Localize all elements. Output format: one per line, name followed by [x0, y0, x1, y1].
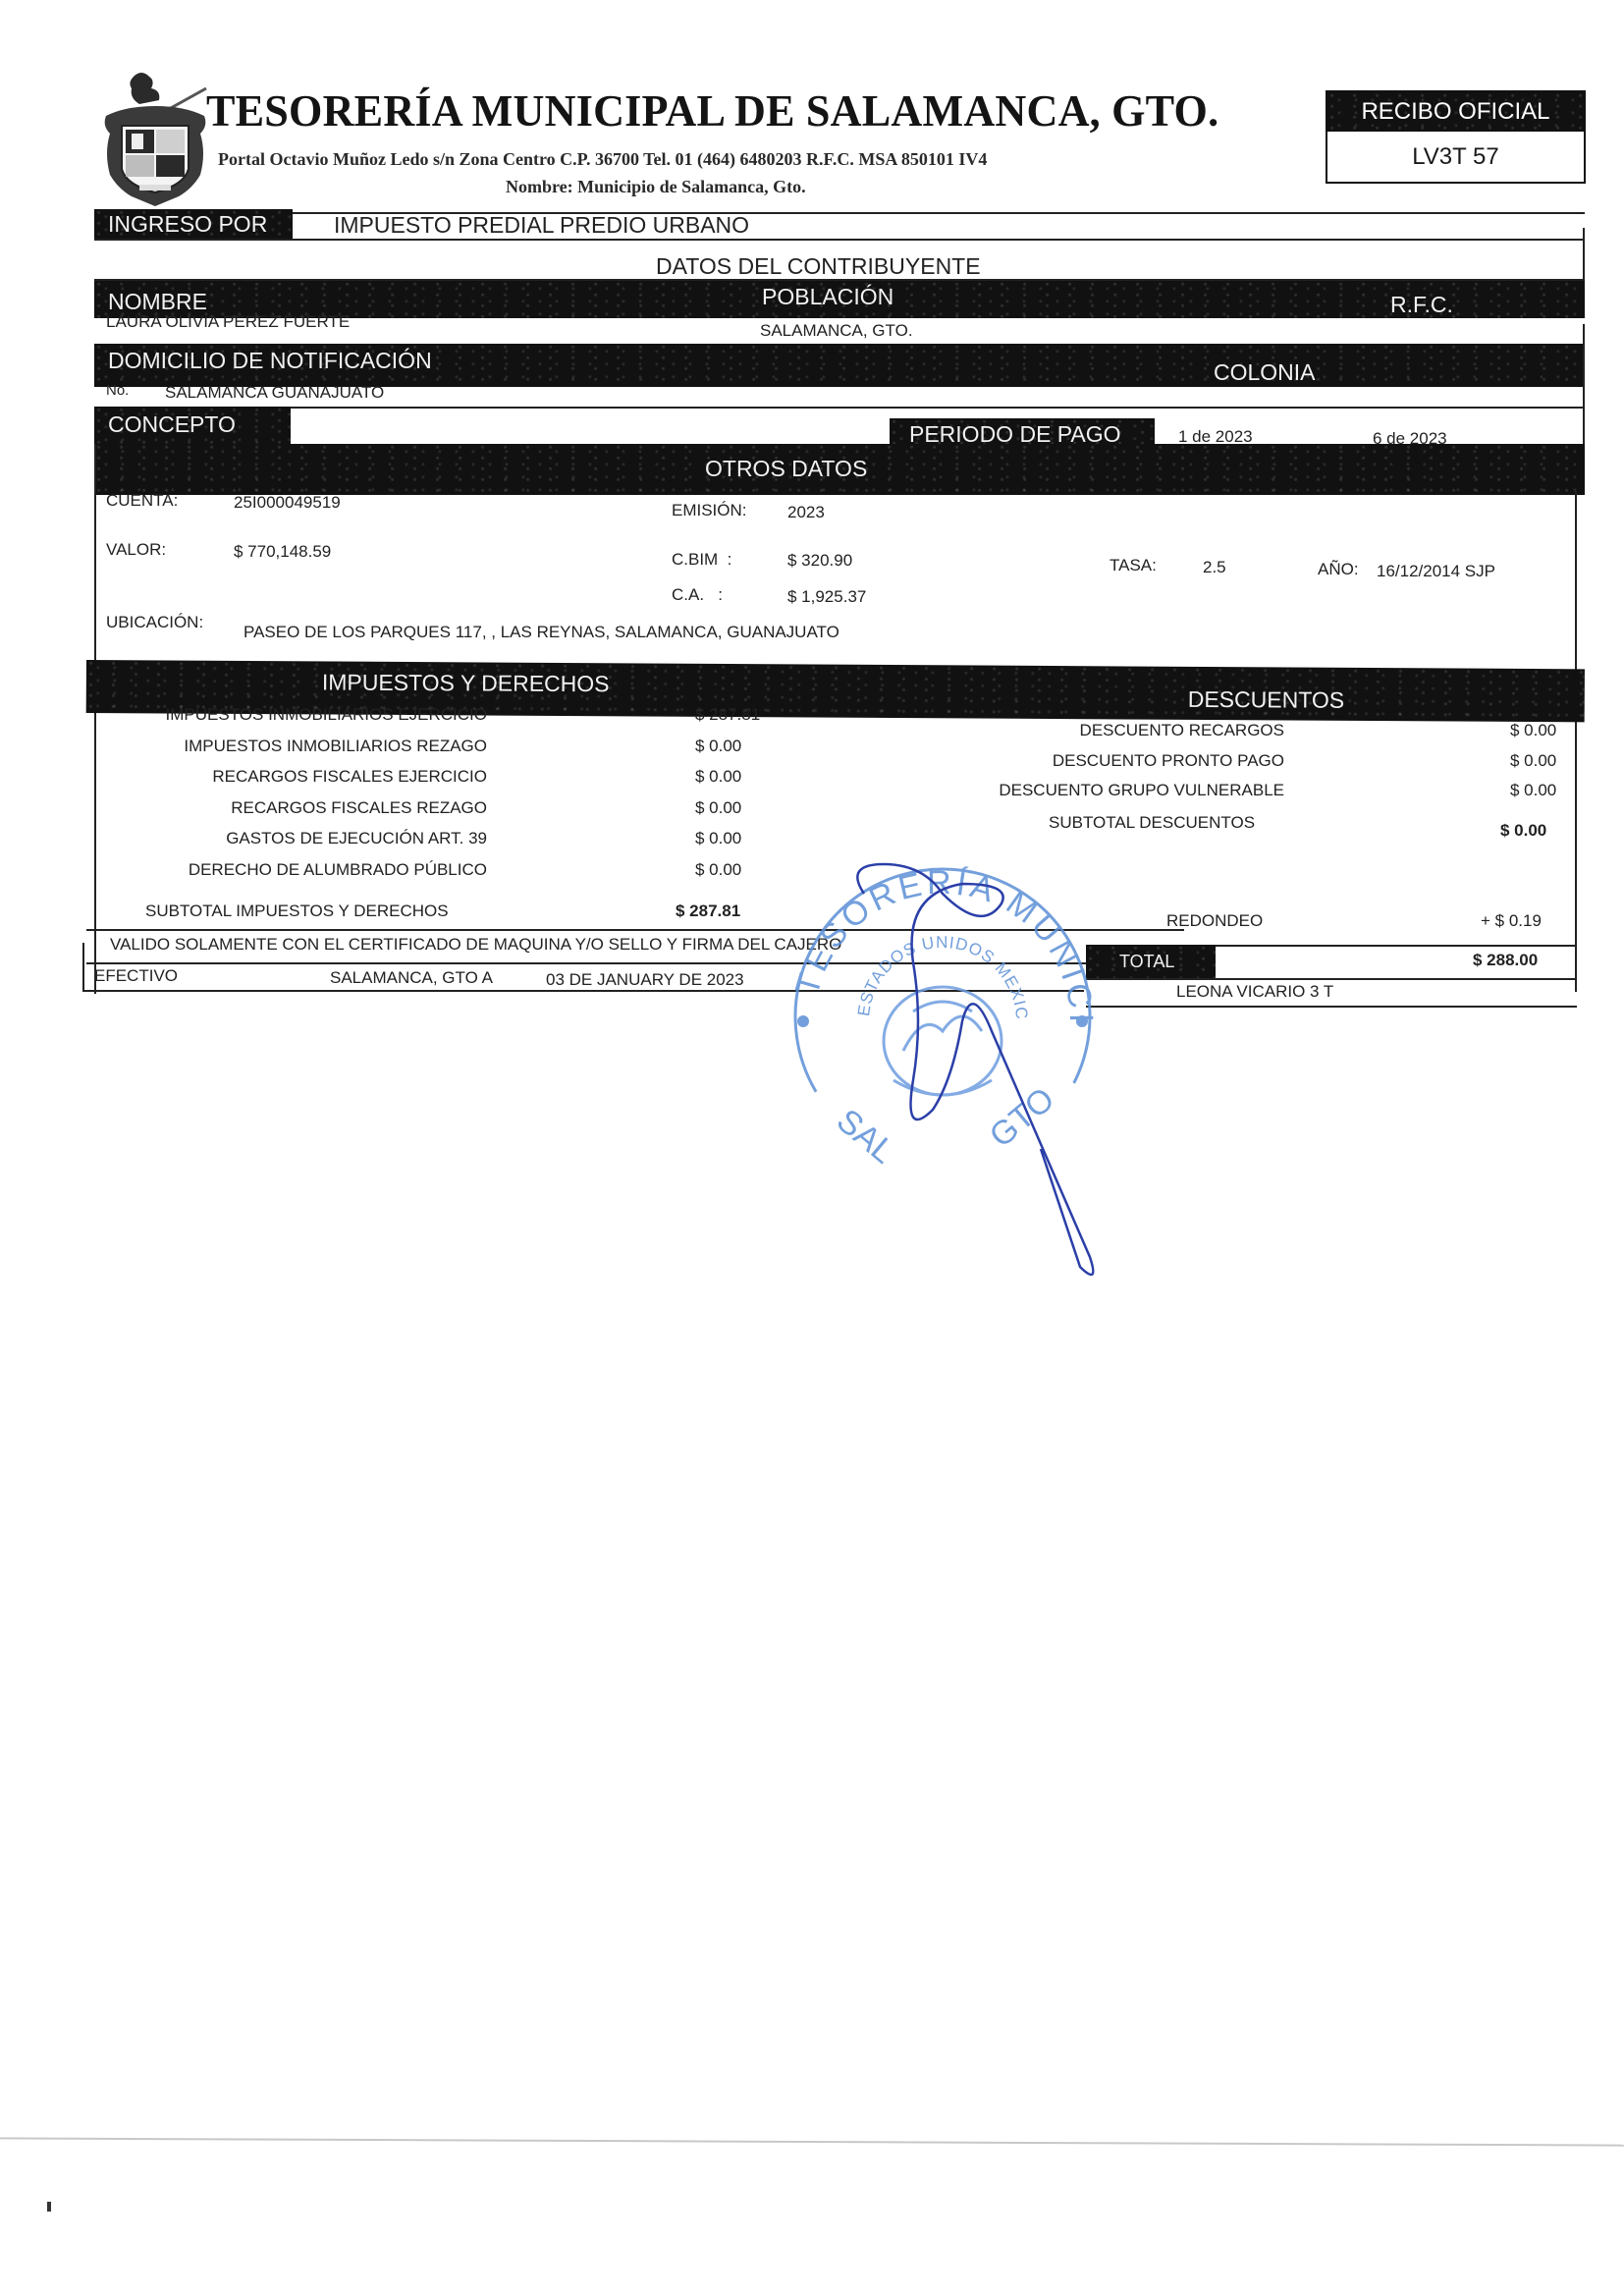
- list-item: IMPUESTOS INMOBILIARIOS EJERCICIO$ 287.8…: [94, 705, 762, 737]
- divider: [94, 239, 1585, 241]
- list-item: DESCUENTO GRUPO VULNERABLE$ 0.00: [943, 781, 1577, 811]
- redondeo-amount: + $ 0.19: [1481, 911, 1542, 931]
- divider: [1086, 1006, 1577, 1008]
- item-label: DESCUENTO RECARGOS: [943, 721, 1284, 740]
- impuestos-title: IMPUESTOS Y DERECHOS: [322, 669, 610, 697]
- receipt-number: LV3T 57: [1327, 132, 1584, 182]
- domicilio-label: DOMICILIO DE NOTIFICACIÓN: [108, 348, 432, 374]
- receipt-label: RECIBO OFICIAL: [1327, 92, 1584, 132]
- emision-label: EMISIÓN:: [672, 501, 747, 520]
- item-amount: $ 0.00: [1510, 721, 1556, 740]
- otros-datos-title: OTROS DATOS: [705, 456, 867, 482]
- divider: [1216, 945, 1577, 947]
- divider: [1583, 324, 1585, 462]
- ingreso-label: INGRESO POR: [108, 211, 267, 238]
- tasa-label: TASA:: [1110, 556, 1157, 575]
- concepto-label-bar: CONCEPTO: [94, 407, 291, 444]
- list-item: IMPUESTOS INMOBILIARIOS REZAGO$ 0.00: [94, 737, 762, 768]
- item-amount: $ 0.00: [1510, 751, 1556, 771]
- payment-method: EFECTIVO: [94, 966, 178, 986]
- ubicacion-value: PASEO DE LOS PARQUES 117, , LAS REYNAS, …: [244, 623, 839, 642]
- tasa-value: 2.5: [1203, 558, 1226, 577]
- item-label: GASTOS DE EJECUCIÓN ART. 39: [94, 829, 487, 848]
- item-label: DESCUENTO PRONTO PAGO: [943, 751, 1284, 771]
- item-label: DERECHO DE ALUMBRADO PÚBLICO: [94, 860, 487, 880]
- total-amount: $ 288.00: [1473, 951, 1538, 970]
- poblacion-label: POBLACIÓN: [762, 284, 893, 310]
- poblacion-value: SALAMANCA, GTO.: [760, 321, 913, 341]
- impuestos-subtotal-amount: $ 287.81: [676, 902, 740, 921]
- divider: [82, 943, 84, 992]
- ca-value: $ 1,925.37: [787, 587, 866, 607]
- organization-name-line: Nombre: Municipio de Salamanca, Gto.: [506, 177, 806, 197]
- cbim-value: $ 320.90: [787, 551, 852, 571]
- otros-datos-bar: OTROS DATOS: [94, 444, 1585, 495]
- coat-of-arms-icon: [96, 69, 214, 206]
- validity-notice: VALIDO SOLAMENTE CON EL CERTIFICADO DE M…: [110, 935, 841, 955]
- list-item: RECARGOS FISCALES EJERCICIO$ 0.00: [94, 767, 762, 798]
- item-label: IMPUESTOS INMOBILIARIOS REZAGO: [94, 737, 487, 756]
- nombre-label: NOMBRE: [108, 289, 207, 315]
- rfc-label: R.F.C.: [1390, 292, 1453, 318]
- item-amount: $ 0.00: [695, 767, 741, 787]
- cbim-label: C.BIM :: [672, 550, 731, 570]
- ingreso-label-bar: INGRESO POR: [94, 209, 293, 239]
- payment-place: SALAMANCA, GTO A: [330, 968, 493, 988]
- concepto-label: CONCEPTO: [108, 411, 236, 438]
- colonia-label: COLONIA: [1214, 359, 1316, 386]
- receipt-number-box: RECIBO OFICIAL LV3T 57: [1326, 90, 1586, 184]
- item-amount: $ 0.00: [695, 737, 741, 756]
- item-label: IMPUESTOS INMOBILIARIOS EJERCICIO: [94, 705, 487, 725]
- scan-mark: [47, 2202, 51, 2212]
- cashier-name: LEONA VICARIO 3 T: [1176, 982, 1333, 1002]
- domicilio-no-label: No.: [106, 382, 129, 399]
- ca-label: C.A. :: [672, 585, 723, 605]
- impuestos-subtotal-label: SUBTOTAL IMPUESTOS Y DERECHOS: [145, 902, 449, 921]
- emision-value: 2023: [787, 503, 825, 522]
- divider: [1086, 978, 1577, 980]
- descuentos-subtotal-label: SUBTOTAL DESCUENTOS: [1049, 813, 1255, 833]
- list-item: RECARGOS FISCALES REZAGO$ 0.00: [94, 798, 762, 830]
- anio-value: 16/12/2014 SJP: [1377, 562, 1495, 581]
- cuenta-label: CUENTA:: [106, 491, 178, 511]
- contribuyente-section-title: DATOS DEL CONTRIBUYENTE: [656, 253, 981, 280]
- redondeo-label: REDONDEO: [1166, 911, 1263, 931]
- domicilio-value: SALAMANCA GUANAJUATO: [165, 383, 384, 403]
- cuenta-value: 25I000049519: [234, 493, 341, 513]
- item-amount: $ 0.00: [695, 829, 741, 848]
- scan-line: [0, 2137, 1624, 2146]
- anio-label: AÑO:: [1318, 560, 1359, 579]
- list-item: DERECHO DE ALUMBRADO PÚBLICO$ 0.00: [94, 860, 762, 892]
- organization-address: Portal Octavio Muñoz Ledo s/n Zona Centr…: [218, 149, 987, 170]
- item-amount: $ 0.00: [695, 798, 741, 818]
- item-amount: $ 287.81: [695, 705, 760, 725]
- item-label: RECARGOS FISCALES REZAGO: [94, 798, 487, 818]
- item-label: RECARGOS FISCALES EJERCICIO: [94, 767, 487, 787]
- item-label: DESCUENTO GRUPO VULNERABLE: [943, 781, 1284, 800]
- list-item: DESCUENTO PRONTO PAGO$ 0.00: [943, 751, 1577, 782]
- payment-date: 03 DE JANUARY DE 2023: [546, 970, 744, 990]
- ubicacion-label: UBICACIÓN:: [106, 613, 203, 632]
- organization-title: TESORERÍA MUNICIPAL DE SALAMANCA, GTO.: [206, 84, 1218, 137]
- cashier-signature: [835, 854, 1129, 1306]
- list-item: GASTOS DE EJECUCIÓN ART. 39$ 0.00: [94, 829, 762, 860]
- item-amount: $ 0.00: [1510, 781, 1556, 800]
- list-item: DESCUENTO RECARGOS$ 0.00: [943, 721, 1577, 751]
- descuentos-subtotal-amount: $ 0.00: [1500, 821, 1546, 841]
- valor-value: $ 770,148.59: [234, 542, 331, 562]
- item-amount: $ 0.00: [695, 860, 741, 880]
- divider: [291, 407, 1585, 409]
- nombre-value: LAURA OLIVIA PEREZ FUERTE: [106, 312, 350, 332]
- descuentos-title: DESCUENTOS: [1188, 686, 1344, 714]
- ingreso-value: IMPUESTO PREDIAL PREDIO URBANO: [334, 212, 749, 239]
- domicilio-header-bar: DOMICILIO DE NOTIFICACIÓN COLONIA: [94, 344, 1585, 387]
- valor-label: VALOR:: [106, 540, 166, 560]
